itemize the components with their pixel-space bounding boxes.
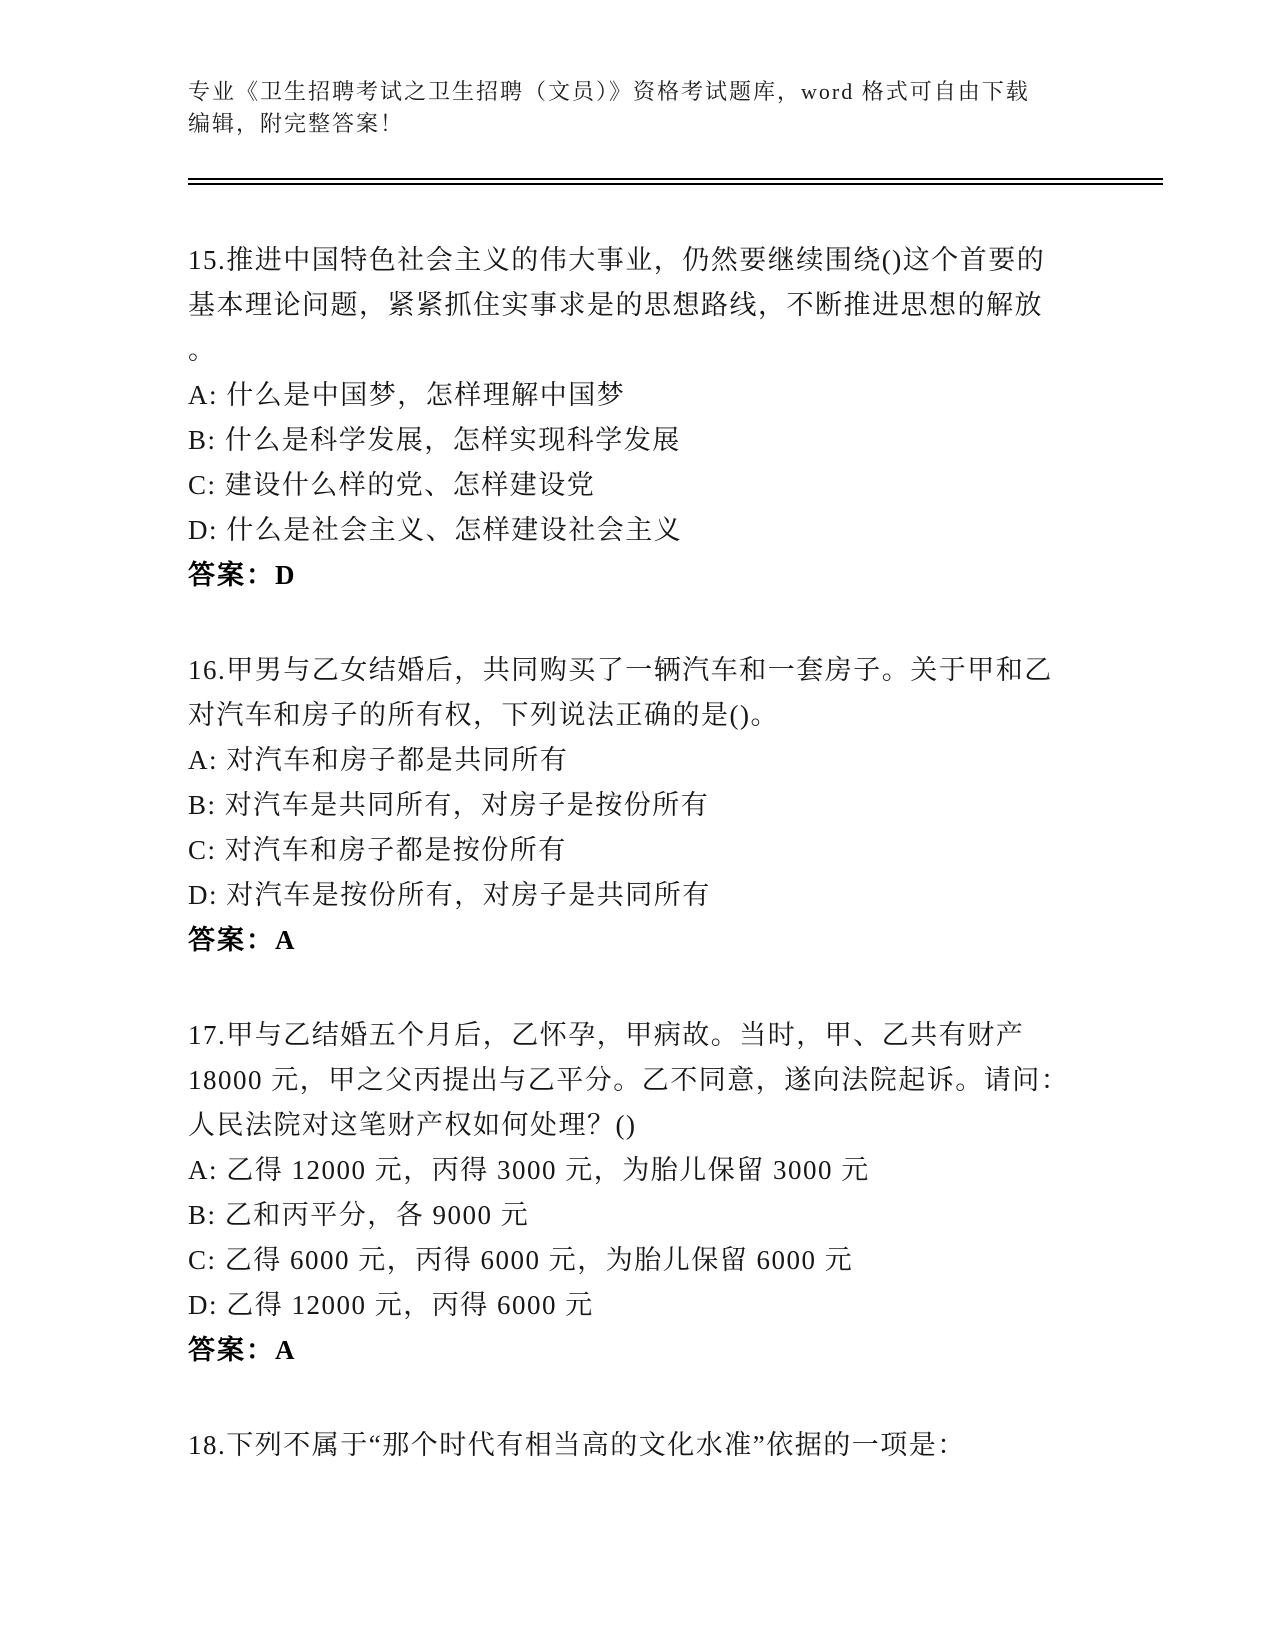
- page-header: 专业《卫生招聘考试之卫生招聘（文员）》资格考试题库，word 格式可自由下载 编…: [188, 0, 1163, 140]
- question-17-option-c: C: 乙得 6000 元，丙得 6000 元，为胎儿保留 6000 元: [188, 1238, 1163, 1283]
- question-17-stem-line-2: 18000 元，甲之父丙提出与乙平分。乙不同意，遂向法院起诉。请问：: [188, 1058, 1163, 1103]
- question-16-answer: 答案：A: [188, 918, 1163, 963]
- question-15-stem-line-3: 。: [188, 328, 1163, 373]
- question-17-option-d: D: 乙得 12000 元，丙得 6000 元: [188, 1283, 1163, 1328]
- question-18: 18.下列不属于“那个时代有相当高的文化水准”依据的一项是：: [188, 1423, 1163, 1468]
- header-line-2: 编辑，附完整答案！: [188, 108, 1163, 140]
- question-16-option-c: C: 对汽车和房子都是按份所有: [188, 828, 1163, 873]
- question-17-answer: 答案：A: [188, 1328, 1163, 1373]
- question-16-option-a: A: 对汽车和房子都是共同所有: [188, 738, 1163, 783]
- question-17-stem-line-1: 17.甲与乙结婚五个月后，乙怀孕，甲病故。当时，甲、乙共有财产: [188, 1013, 1163, 1058]
- document-page: 专业《卫生招聘考试之卫生招聘（文员）》资格考试题库，word 格式可自由下载 编…: [188, 0, 1163, 1468]
- question-17-option-a: A: 乙得 12000 元，丙得 3000 元，为胎儿保留 3000 元: [188, 1148, 1163, 1193]
- question-15-option-c: C: 建设什么样的党、怎样建设党: [188, 463, 1163, 508]
- question-16-option-d: D: 对汽车是按份所有，对房子是共同所有: [188, 873, 1163, 918]
- question-18-stem-line-1: 18.下列不属于“那个时代有相当高的文化水准”依据的一项是：: [188, 1423, 1163, 1468]
- question-15-option-a: A: 什么是中国梦，怎样理解中国梦: [188, 373, 1163, 418]
- question-15-answer: 答案：D: [188, 553, 1163, 598]
- question-15-stem-line-2: 基本理论问题，紧紧抓住实事求是的思想路线，不断推进思想的解放: [188, 283, 1163, 328]
- header-divider-double-line: [188, 178, 1163, 185]
- document-body: 15.推进中国特色社会主义的伟大事业，仍然要继续围绕()这个首要的 基本理论问题…: [188, 185, 1163, 1468]
- question-15: 15.推进中国特色社会主义的伟大事业，仍然要继续围绕()这个首要的 基本理论问题…: [188, 238, 1163, 598]
- question-15-option-d: D: 什么是社会主义、怎样建设社会主义: [188, 508, 1163, 553]
- question-17: 17.甲与乙结婚五个月后，乙怀孕，甲病故。当时，甲、乙共有财产 18000 元，…: [188, 1013, 1163, 1373]
- question-16-stem-line-2: 对汽车和房子的所有权，下列说法正确的是()。: [188, 693, 1163, 738]
- question-16-option-b: B: 对汽车是共同所有，对房子是按份所有: [188, 783, 1163, 828]
- question-16: 16.甲男与乙女结婚后，共同购买了一辆汽车和一套房子。关于甲和乙 对汽车和房子的…: [188, 648, 1163, 963]
- question-16-stem-line-1: 16.甲男与乙女结婚后，共同购买了一辆汽车和一套房子。关于甲和乙: [188, 648, 1163, 693]
- question-17-option-b: B: 乙和丙平分，各 9000 元: [188, 1193, 1163, 1238]
- question-17-stem-line-3: 人民法院对这笔财产权如何处理？(): [188, 1103, 1163, 1148]
- header-line-1: 专业《卫生招聘考试之卫生招聘（文员）》资格考试题库，word 格式可自由下载: [188, 76, 1163, 108]
- question-15-option-b: B: 什么是科学发展，怎样实现科学发展: [188, 418, 1163, 463]
- question-15-stem-line-1: 15.推进中国特色社会主义的伟大事业，仍然要继续围绕()这个首要的: [188, 238, 1163, 283]
